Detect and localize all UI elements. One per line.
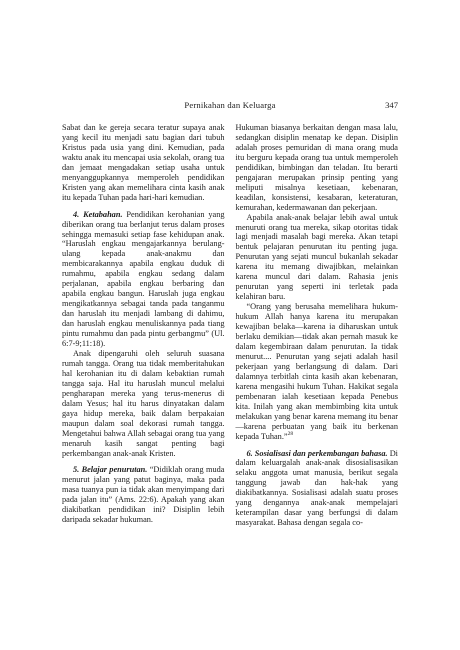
paragraph: Apabila anak-anak belajar lebih awal unt… bbox=[236, 213, 399, 303]
header-title: Pernikahan dan Keluarga bbox=[62, 99, 398, 112]
paragraph: “Orang yang berusaha memelihara hukum-hu… bbox=[236, 302, 399, 441]
right-column: Hukuman biasanya berkaitan dengan masa l… bbox=[236, 123, 399, 528]
paragraph-heading: 6. Sosialisasi dan perkembangan bahasa. bbox=[247, 449, 390, 458]
page-number: 347 bbox=[385, 99, 398, 112]
book-page: Pernikahan dan Keluarga 347 Sabat dan ke… bbox=[0, 0, 460, 650]
paragraph: 4. Ketabahan. Pendidikan kerohanian yang… bbox=[62, 210, 225, 349]
paragraph: Sabat dan ke gereja secara teratur supay… bbox=[62, 123, 225, 203]
paragraph: Anak dipengaruhi oleh seluruh suasana ru… bbox=[62, 349, 225, 458]
paragraph: 6. Sosialisasi dan perkembangan bahasa. … bbox=[236, 449, 399, 529]
running-header: Pernikahan dan Keluarga 347 bbox=[62, 99, 398, 112]
left-column: Sabat dan ke gereja secara teratur supay… bbox=[62, 123, 225, 528]
paragraph-heading: 5. Belajar penurutan. bbox=[73, 465, 150, 474]
paragraph: 5. Belajar penurutan. “Didiklah orang mu… bbox=[62, 465, 225, 525]
paragraph: Hukuman biasanya berkaitan dengan masa l… bbox=[236, 123, 399, 213]
paragraph-heading: 4. Ketabahan. bbox=[73, 210, 126, 219]
text-columns: Sabat dan ke gereja secara teratur supay… bbox=[62, 123, 398, 528]
footnote-ref: 28 bbox=[288, 431, 294, 437]
